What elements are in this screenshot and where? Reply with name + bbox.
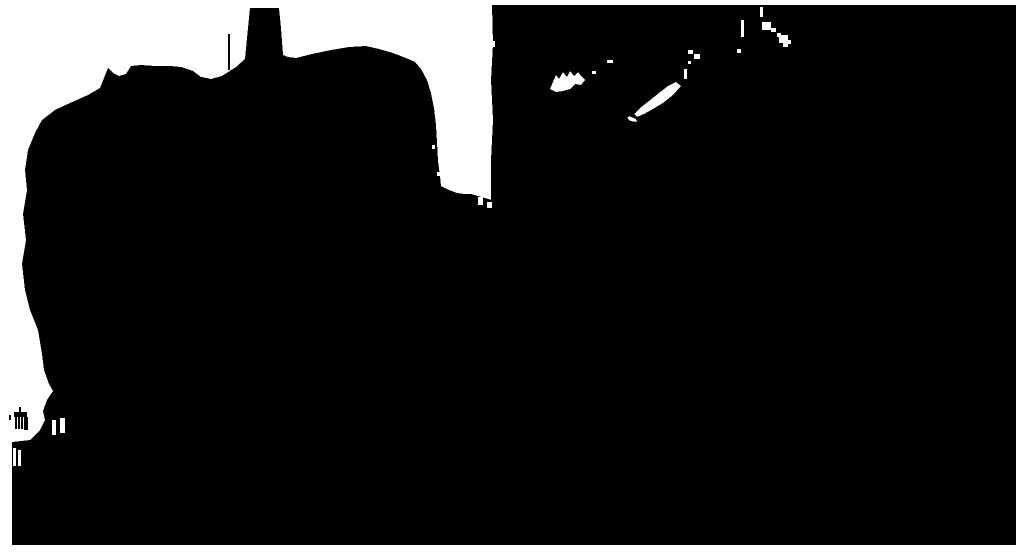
sunlit-highlight-tick [684, 69, 687, 79]
sunlit-highlight-dot [688, 50, 693, 54]
rooftop-antenna-leg [24, 417, 28, 430]
sunlit-highlight-blob [762, 22, 771, 30]
mast-pole-silhouette [228, 34, 230, 70]
rooftop-antenna-leg [15, 417, 17, 429]
window-slit [60, 418, 65, 433]
photo-canvas [0, 0, 1033, 552]
rooftop-antenna-tick [19, 407, 21, 413]
sunlit-highlight-tick [741, 20, 744, 37]
window-slit [13, 448, 16, 466]
sunlit-highlight-dot [592, 71, 596, 74]
sunlit-highlight-dash [607, 60, 613, 63]
window-slit [18, 450, 21, 466]
hill-flank-speck [478, 197, 483, 205]
sunlit-highlight-blob [779, 35, 788, 43]
hill-flank-speck [487, 202, 492, 208]
rooftop-antenna-leg [18, 417, 20, 429]
main-landmass-silhouette [12, 5, 1016, 545]
sunlit-highlight-dot [688, 61, 691, 64]
rooftop-antenna-leg [21, 417, 23, 429]
sunlit-highlight-dot [771, 28, 776, 32]
hill-flank-speck [492, 41, 495, 47]
binarized-photo [0, 0, 1033, 552]
sunlit-highlight-dot [694, 54, 700, 59]
sunlit-highlight-tick [760, 7, 763, 17]
hill-flank-speck [436, 125, 439, 129]
hill-flank-speck [432, 145, 435, 149]
hill-flank-speck [437, 172, 441, 176]
sunlit-highlight-dot [737, 49, 741, 53]
sunlit-highlight-dot [788, 40, 791, 44]
rooftop-antenna-tick [9, 415, 11, 420]
sunlit-highlight-dot [783, 43, 788, 47]
window-slit [52, 420, 56, 435]
